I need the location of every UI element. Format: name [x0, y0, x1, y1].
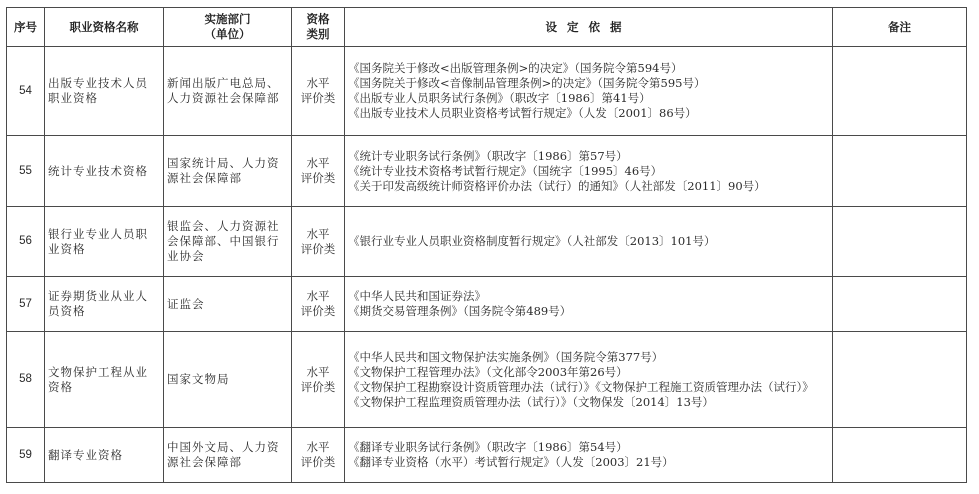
category-line2: 评价类	[295, 171, 341, 186]
basis-line: 《文物保护工程勘察设计资质管理办法（试行）》《文物保护工程施工资质管理办法（试行…	[348, 380, 829, 410]
row-number: 57	[7, 277, 45, 332]
qualification-category: 水平 评价类	[292, 136, 345, 207]
legal-basis: 《国务院关于修改<出版管理条例>的决定》（国务院令第594号）《国务院关于修改<…	[345, 47, 833, 136]
table-row: 54 出版专业技术人员职业资格 新闻出版广电总局、人力资源社会保障部 水平 评价…	[7, 47, 967, 136]
legal-basis: 《中华人民共和国证券法》《期货交易管理条例》（国务院令第489号）	[345, 277, 833, 332]
remarks	[833, 277, 967, 332]
legal-basis: 《翻译专业职务试行条例》（职改字〔1986〕第54号）《翻译专业资格（水平）考试…	[345, 428, 833, 483]
basis-line: 《期货交易管理条例》（国务院令第489号）	[348, 304, 829, 319]
remarks	[833, 136, 967, 207]
qualification-category: 水平 评价类	[292, 207, 345, 277]
row-number: 56	[7, 207, 45, 277]
header-row: 序号 职业资格名称 实施部门 （单位） 资格 类别 设定依据 备注	[7, 8, 967, 47]
category-line1: 水平	[295, 440, 341, 455]
qualification-name: 文物保护工程从业资格	[45, 332, 164, 428]
header-dept-line1: 实施部门	[167, 12, 288, 27]
table-row: 59 翻译专业资格 中国外文局、人力资源社会保障部 水平 评价类 《翻译专业职务…	[7, 428, 967, 483]
legal-basis: 《中华人民共和国文物保护法实施条例》（国务院令第377号）《文物保护工程管理办法…	[345, 332, 833, 428]
header-basis: 设定依据	[345, 8, 833, 47]
legal-basis: 《银行业专业人员职业资格制度暂行规定》（人社部发〔2013〕101号）	[345, 207, 833, 277]
basis-line: 《关于印发高级统计师资格评价办法（试行）的通知》（人社部发〔2011〕90号）	[348, 179, 829, 194]
category-line1: 水平	[295, 227, 341, 242]
implementing-department: 证监会	[164, 277, 292, 332]
table-row: 55 统计专业技术资格 国家统计局、人力资源社会保障部 水平 评价类 《统计专业…	[7, 136, 967, 207]
remarks	[833, 47, 967, 136]
basis-line: 《国务院关于修改<音像制品管理条例>的决定》（国务院令第595号）	[348, 76, 829, 91]
qualification-name: 银行业专业人员职业资格	[45, 207, 164, 277]
implementing-department: 新闻出版广电总局、人力资源社会保障部	[164, 47, 292, 136]
row-number: 58	[7, 332, 45, 428]
qualification-category: 水平 评价类	[292, 277, 345, 332]
qualification-name: 翻译专业资格	[45, 428, 164, 483]
implementing-department: 银监会、人力资源社会保障部、中国银行业协会	[164, 207, 292, 277]
header-note: 备注	[833, 8, 967, 47]
row-number: 55	[7, 136, 45, 207]
category-line2: 评价类	[295, 242, 341, 257]
remarks	[833, 428, 967, 483]
remarks	[833, 207, 967, 277]
implementing-department: 国家文物局	[164, 332, 292, 428]
basis-line: 《银行业专业人员职业资格制度暂行规定》（人社部发〔2013〕101号）	[348, 234, 829, 249]
header-dept-line2: （单位）	[167, 27, 288, 42]
header-category: 资格 类别	[292, 8, 345, 47]
basis-line: 《统计专业职务试行条例》（职改字〔1986〕第57号）	[348, 149, 829, 164]
header-no: 序号	[7, 8, 45, 47]
category-line1: 水平	[295, 156, 341, 171]
row-number: 54	[7, 47, 45, 136]
qualification-name: 统计专业技术资格	[45, 136, 164, 207]
header-category-line1: 资格	[295, 12, 341, 27]
category-line2: 评价类	[295, 91, 341, 106]
category-line1: 水平	[295, 365, 341, 380]
table-row: 57 证券期货业从业人员资格 证监会 水平 评价类 《中华人民共和国证券法》《期…	[7, 277, 967, 332]
qualification-name: 出版专业技术人员职业资格	[45, 47, 164, 136]
remarks	[833, 332, 967, 428]
basis-line: 《统计专业技术资格考试暂行规定》（国统字〔1995〕46号）	[348, 164, 829, 179]
header-name: 职业资格名称	[45, 8, 164, 47]
header-category-line2: 类别	[295, 27, 341, 42]
qualification-category: 水平 评价类	[292, 47, 345, 136]
qualification-table: 序号 职业资格名称 实施部门 （单位） 资格 类别 设定依据 备注 54 出版专…	[6, 7, 967, 483]
category-line1: 水平	[295, 289, 341, 304]
header-dept: 实施部门 （单位）	[164, 8, 292, 47]
basis-line: 《翻译专业职务试行条例》（职改字〔1986〕第54号）	[348, 440, 829, 455]
basis-line: 《文物保护工程管理办法》（文化部令2003年第26号）	[348, 365, 829, 380]
qualification-category: 水平 评价类	[292, 428, 345, 483]
category-line2: 评价类	[295, 304, 341, 319]
category-line1: 水平	[295, 76, 341, 91]
qualification-name: 证券期货业从业人员资格	[45, 277, 164, 332]
basis-line: 《翻译专业资格（水平）考试暂行规定》（人发〔2003〕21号）	[348, 455, 829, 470]
table-row: 56 银行业专业人员职业资格 银监会、人力资源社会保障部、中国银行业协会 水平 …	[7, 207, 967, 277]
table-row: 58 文物保护工程从业资格 国家文物局 水平 评价类 《中华人民共和国文物保护法…	[7, 332, 967, 428]
basis-line: 《国务院关于修改<出版管理条例>的决定》（国务院令第594号）	[348, 61, 829, 76]
basis-line: 《中华人民共和国文物保护法实施条例》（国务院令第377号）	[348, 350, 829, 365]
basis-line: 《出版专业技术人员职业资格考试暂行规定》（人发〔2001〕86号）	[348, 106, 829, 121]
category-line2: 评价类	[295, 380, 341, 395]
qualification-category: 水平 评价类	[292, 332, 345, 428]
implementing-department: 国家统计局、人力资源社会保障部	[164, 136, 292, 207]
category-line2: 评价类	[295, 455, 341, 470]
legal-basis: 《统计专业职务试行条例》（职改字〔1986〕第57号）《统计专业技术资格考试暂行…	[345, 136, 833, 207]
implementing-department: 中国外文局、人力资源社会保障部	[164, 428, 292, 483]
basis-line: 《中华人民共和国证券法》	[348, 289, 829, 304]
row-number: 59	[7, 428, 45, 483]
basis-line: 《出版专业人员职务试行条例》（职改字〔1986〕第41号）	[348, 91, 829, 106]
